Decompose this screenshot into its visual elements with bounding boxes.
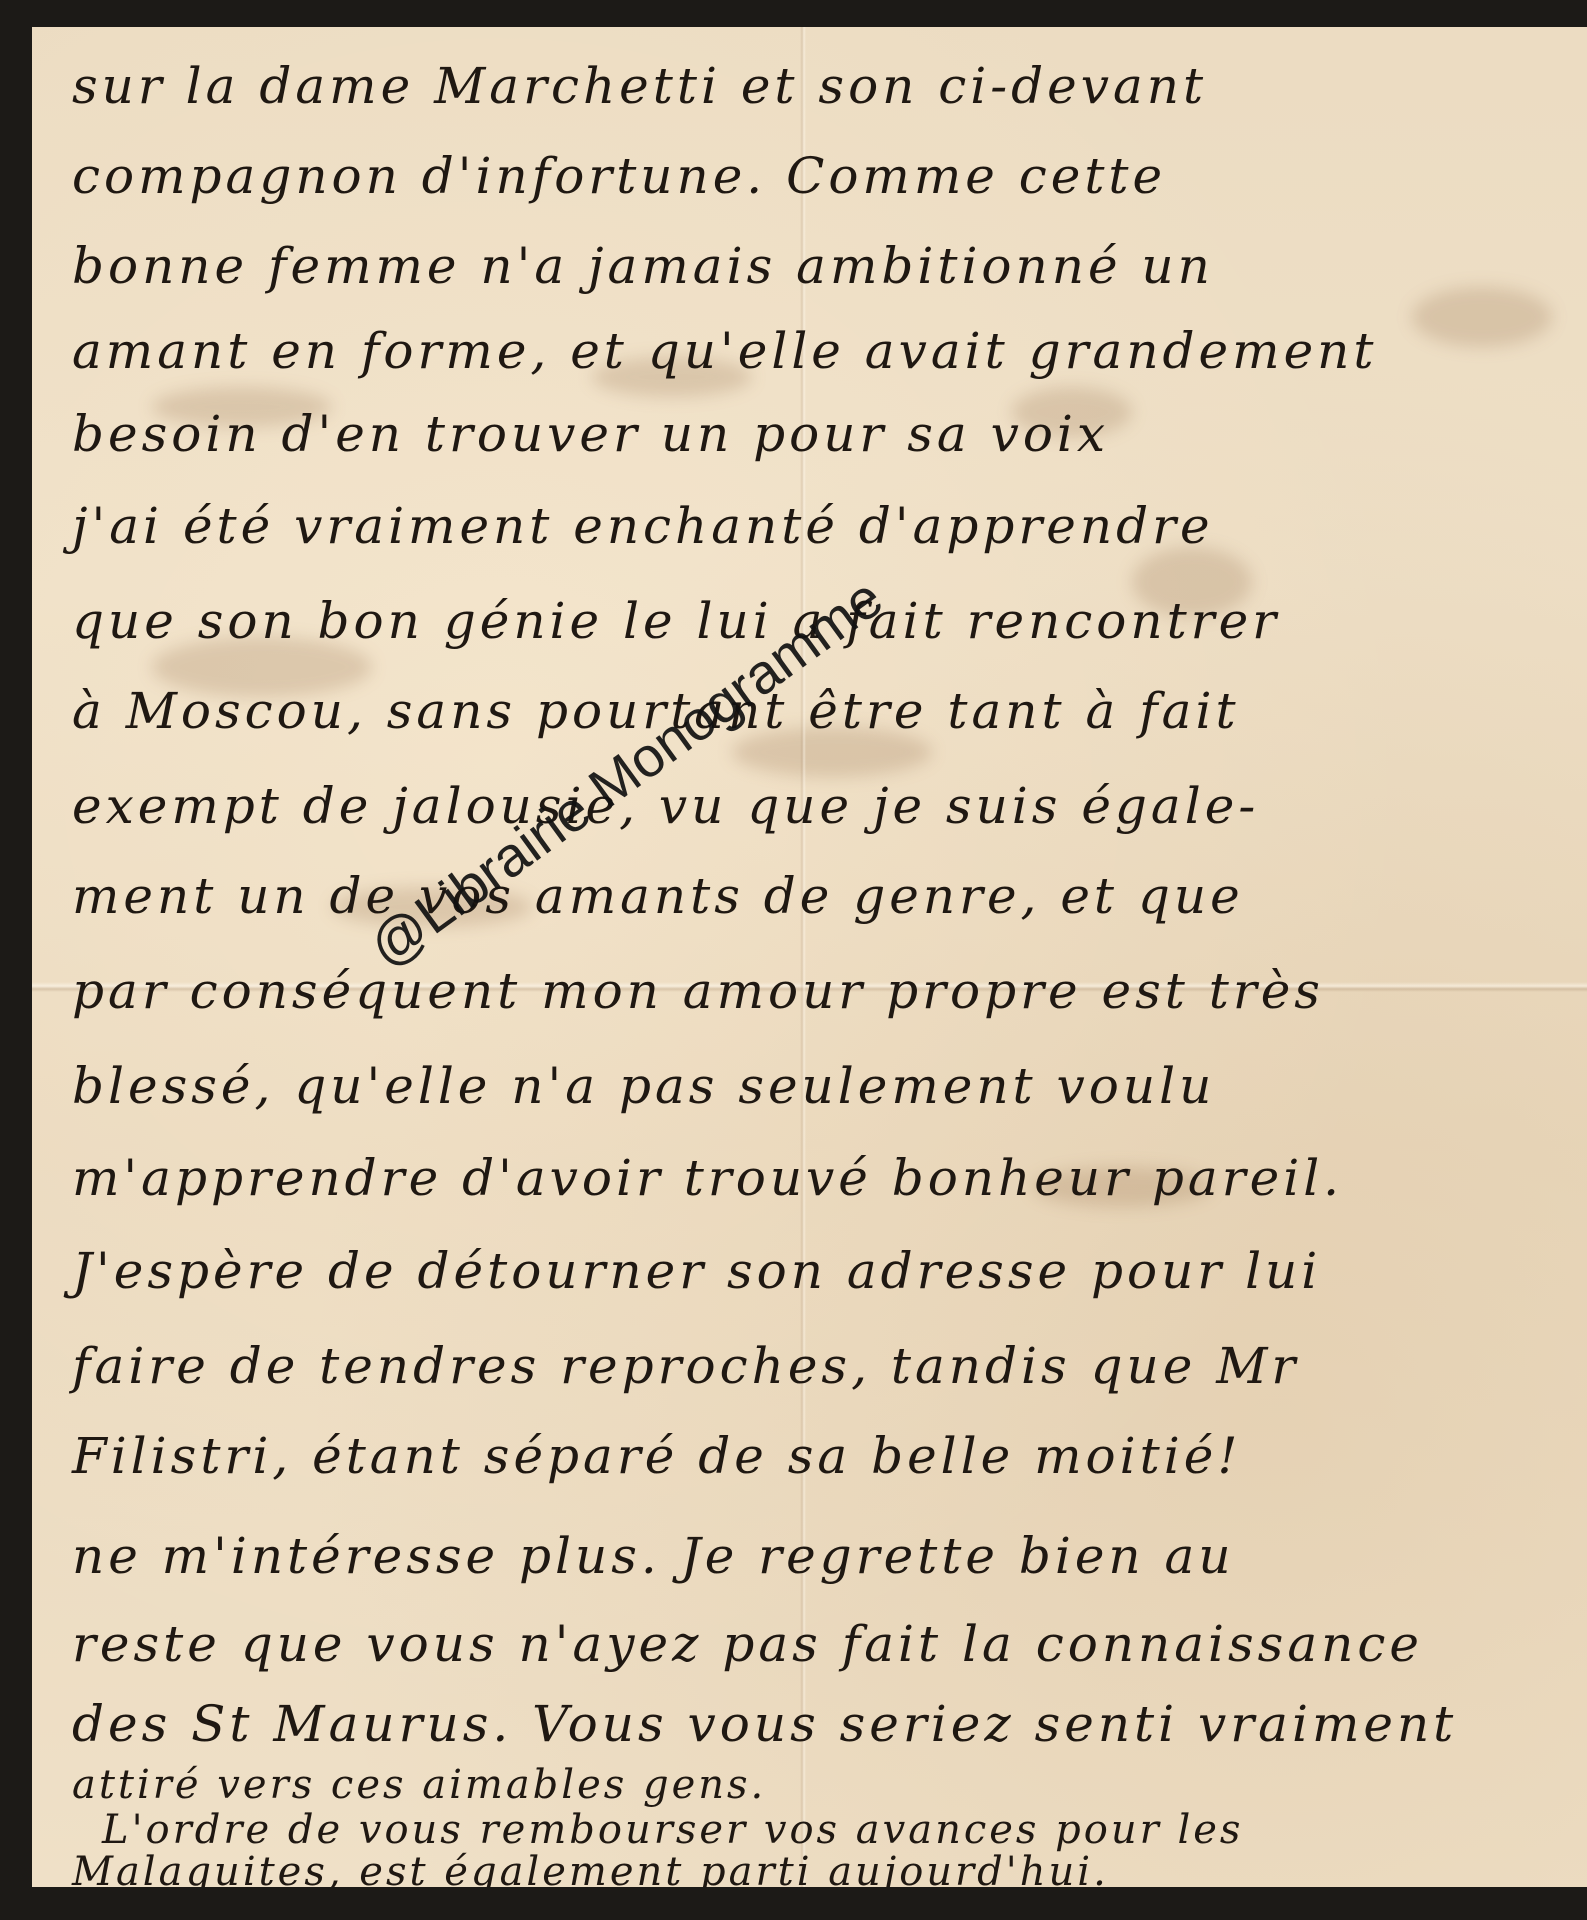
- handwritten-text: sur la dame Marchetti et son ci-devant c…: [72, 27, 1572, 1887]
- text-line-19: des St Maurus. Vous vous seriez senti vr…: [72, 1695, 1457, 1753]
- text-line-21: L'ordre de vous rembourser vos avances p…: [102, 1807, 1243, 1853]
- text-line-16: Filistri, étant séparé de sa belle moiti…: [72, 1427, 1241, 1485]
- text-line-13: m'apprendre d'avoir trouvé bonheur parei…: [72, 1149, 1343, 1207]
- text-line-15: faire de tendres reproches, tandis que M…: [72, 1337, 1299, 1395]
- text-line-22: Malaquites, est également parti aujourd'…: [72, 1849, 1109, 1887]
- text-line-14: J'espère de détourner son adresse pour l…: [72, 1242, 1321, 1300]
- text-line-18: reste que vous n'ayez pas fait la connai…: [72, 1615, 1423, 1673]
- text-line-1: sur la dame Marchetti et son ci-devant: [72, 57, 1207, 115]
- letter-page: sur la dame Marchetti et son ci-devant c…: [32, 27, 1587, 1887]
- text-line-10: ment un de vos amants de genre, et que: [72, 867, 1244, 925]
- text-line-2: compagnon d'infortune. Comme cette: [72, 147, 1166, 205]
- text-line-3: bonne femme n'a jamais ambitionné un: [72, 237, 1214, 295]
- letter-scan: sur la dame Marchetti et son ci-devant c…: [0, 0, 1587, 1920]
- text-line-6: j'ai été vraiment enchanté d'apprendre: [72, 497, 1214, 555]
- text-line-7: que son bon génie le lui a fait rencontr…: [72, 592, 1280, 650]
- text-line-20: attiré vers ces aimables gens.: [72, 1762, 766, 1808]
- text-line-9: exempt de jalousie, vu que je suis égale…: [72, 777, 1259, 835]
- text-line-5: besoin d'en trouver un pour sa voix: [72, 405, 1109, 463]
- text-line-11: par conséquent mon amour propre est très: [72, 962, 1324, 1020]
- text-line-17: ne m'intéresse plus. Je regrette bien au: [72, 1527, 1235, 1585]
- text-line-12: blessé, qu'elle n'a pas seulement voulu: [72, 1057, 1215, 1115]
- text-line-4: amant en forme, et qu'elle avait grandem…: [72, 322, 1377, 380]
